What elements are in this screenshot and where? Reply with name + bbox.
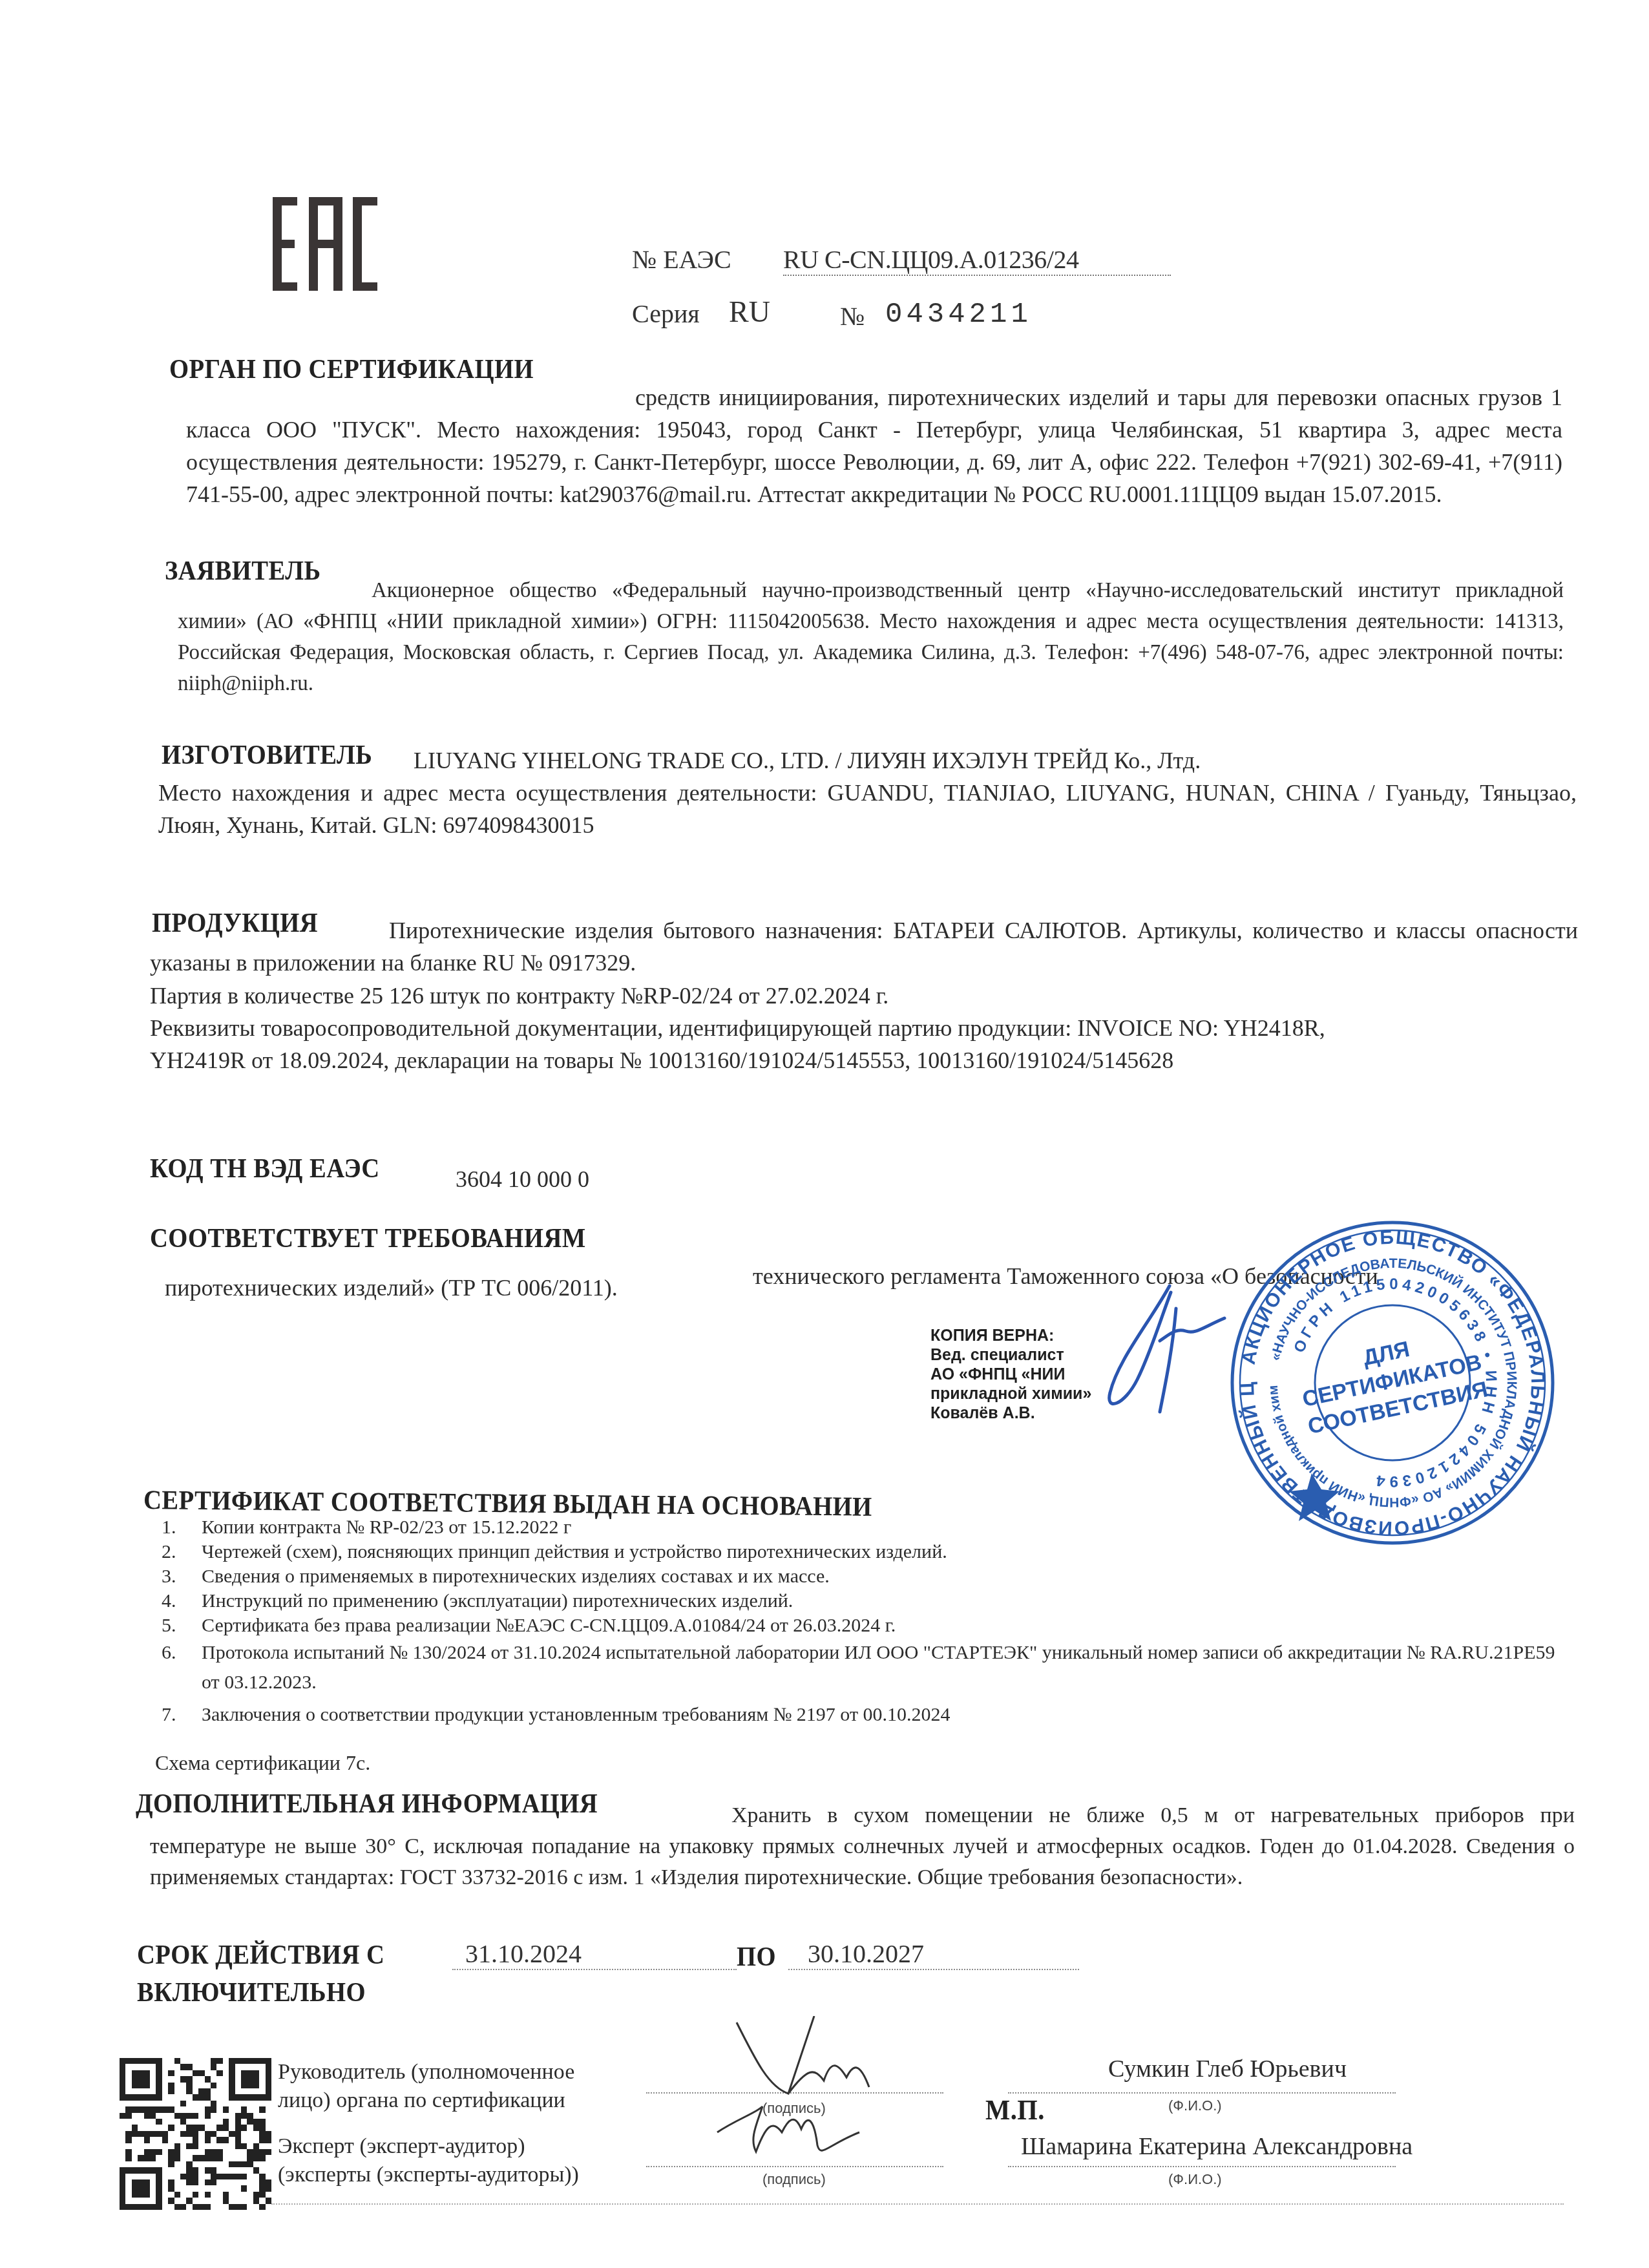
validity-from-label: СРОК ДЕЙСТВИЯ С <box>137 1940 384 1971</box>
copy-stamp-line: КОПИЯ ВЕРНА: <box>930 1326 1091 1345</box>
manufacturer-name: LIUYANG YIHELONG TRADE CO., LTD. / ЛИУЯН… <box>414 744 1201 777</box>
expert-label: Эксперт (эксперт-аудитор) (эксперты (экс… <box>278 2132 579 2189</box>
eac-logo <box>271 197 378 291</box>
certificate-number: RU C-CN.ЦЦ09.А.01236/24 <box>783 244 1171 276</box>
certification-scheme: Схема сертификации 7с. <box>155 1751 370 1775</box>
validity-date-from: 31.10.2024 <box>452 1938 737 1970</box>
expert-name: Шамарина Екатерина Александровна <box>1021 2132 1413 2161</box>
bottom-rule <box>271 2203 1564 2205</box>
expert-name-caption: (Ф.И.О.) <box>1168 2171 1222 2188</box>
head-name: Сумкин Глеб Юрьевич <box>1108 2055 1347 2083</box>
applicant-text: Акционерное общество «Федеральный научно… <box>178 575 1564 699</box>
basis-item: 1.Копии контракта № RP-02/23 от 15.12.20… <box>162 1515 1570 1540</box>
eac-mark-icon <box>271 197 378 291</box>
additional-info-text: Хранить в сухом помещении не ближе 0,5 м… <box>150 1800 1575 1893</box>
series-value: RU <box>729 295 770 329</box>
validity-date-to: 30.10.2027 <box>788 1938 1079 1970</box>
stamp-place-label: М.П. <box>985 2094 1045 2126</box>
copy-stamp-line: АО «ФНПЦ «НИИ <box>930 1365 1091 1384</box>
basis-item: 7.Заключения о соответствии продукции ус… <box>162 1703 1570 1727</box>
copy-certified-stamp: КОПИЯ ВЕРНА: Вед. специалист АО «ФНПЦ «Н… <box>930 1326 1091 1423</box>
basis-item: 5.Сертификата без права реализации №ЕАЭС… <box>162 1613 1570 1638</box>
manufacturer-address: Место нахождения и адрес места осуществл… <box>158 777 1577 841</box>
product-description: Пиротехнические изделия бытового назначе… <box>150 914 1578 979</box>
hs-code-value: 3604 10 000 0 <box>456 1163 589 1195</box>
hs-code-heading: КОД ТН ВЭД ЕАЭС <box>150 1153 380 1184</box>
basis-list: 1.Копии контракта № RP-02/23 от 15.12.20… <box>162 1515 1570 1727</box>
series-label: Серия <box>632 299 700 329</box>
certificate-number-label: № ЕАЭС <box>632 244 731 275</box>
copy-stamp-line: Ковалёв А.В. <box>930 1403 1091 1423</box>
expert-name-line <box>1008 2166 1396 2167</box>
basis-item: 2.Чертежей (схем), поясняющих принцип де… <box>162 1540 1570 1564</box>
product-batch: Партия в количестве 25 126 штук по контр… <box>150 980 1578 1012</box>
validity-inclusive-label: ВКЛЮЧИТЕЛЬНО <box>137 1977 366 2008</box>
manufacturer-heading: ИЗГОТОВИТЕЛЬ <box>162 740 372 771</box>
head-of-body-label: Руководитель (уполномоченное лицо) орган… <box>278 2058 574 2115</box>
head-name-caption: (Ф.И.О.) <box>1168 2097 1222 2114</box>
copy-stamp-line: Вед. специалист <box>930 1345 1091 1365</box>
qr-code[interactable] <box>120 2058 271 2210</box>
basis-item: 6.Протокола испытаний № 130/2024 от 31.1… <box>162 1638 1570 1697</box>
copy-signature-icon <box>1098 1283 1228 1418</box>
blank-number: 0434211 <box>885 299 1032 331</box>
validity-to-label: ПО <box>737 1942 776 1973</box>
basis-item: 3.Сведения о применяемых в пиротехническ… <box>162 1564 1570 1589</box>
basis-item: 4.Инструкций по применению (эксплуатации… <box>162 1589 1570 1613</box>
certification-body-text: средств инициирования, пиротехнических и… <box>186 381 1562 510</box>
handwritten-signatures-icon <box>711 2016 924 2190</box>
seal-icon: АКЦИОНЕРНОЕ ОБЩЕСТВО «ФЕДЕРАЛЬНЫЙ НАУЧНО… <box>1224 1215 1560 1551</box>
certification-body-heading: ОРГАН ПО СЕРТИФИКАЦИИ <box>169 354 534 385</box>
conformity-text-line2: пиротехнических изделий» (ТР ТС 006/2011… <box>165 1272 618 1304</box>
product-shipping-docs: Реквизиты товаросопроводительной докумен… <box>150 1012 1378 1076</box>
conformity-heading: СООТВЕТСТВУЕТ ТРЕБОВАНИЯМ <box>150 1223 586 1254</box>
copy-stamp-line: прикладной химии» <box>930 1384 1091 1403</box>
blank-number-label: № <box>840 301 865 331</box>
organization-seal: АКЦИОНЕРНОЕ ОБЩЕСТВО «ФЕДЕРАЛЬНЫЙ НАУЧНО… <box>1224 1215 1560 1551</box>
head-name-line <box>1008 2092 1396 2094</box>
